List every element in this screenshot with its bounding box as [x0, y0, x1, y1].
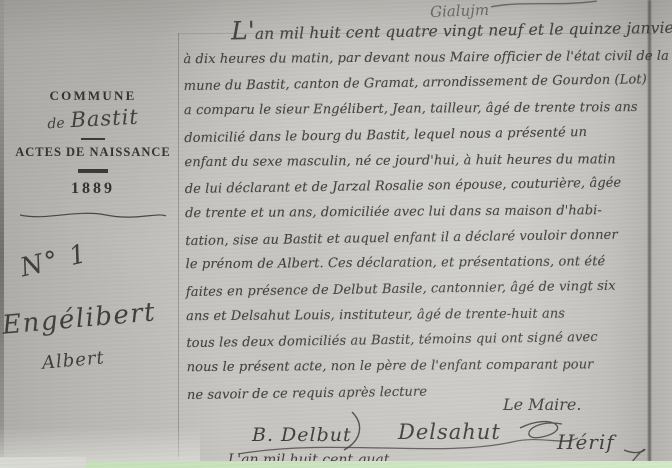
binding-edge-shadow — [0, 0, 4, 468]
signature-witness-2: Delsahut — [398, 420, 501, 444]
pencil-stroke — [489, 0, 599, 11]
child-firstname: Albert — [41, 347, 105, 373]
bottom-left-page-corner — [0, 457, 86, 468]
page-gutter-shadow — [648, 0, 651, 468]
maire-title: Le Maire. — [503, 395, 581, 414]
act-number: N° 1 — [18, 239, 92, 284]
commune-label: COMMUNE — [12, 88, 174, 104]
commune-name-row: deBastit — [11, 103, 174, 135]
commune-name: Bastit — [70, 105, 139, 133]
register-year: 1889 — [12, 180, 174, 198]
flourish-divider — [18, 207, 168, 221]
register-page-scan: COMMUNE deBastit ACTES DE NAISSANCE 1889… — [0, 0, 672, 468]
act-body: L'an mil huit cent quatre vingt neuf et … — [183, 13, 665, 408]
margin-rule-vertical — [178, 33, 179, 457]
act-line: L'an mil huit cent quatre vingt neuf et … — [183, 12, 661, 49]
signature-maire: Hérif — [557, 430, 615, 454]
bottom-light-area — [0, 427, 200, 461]
signature-witness-1: B. Delbut — [252, 424, 352, 446]
register-title: ACTES DE NAISSANCE — [12, 145, 174, 160]
next-page-green-edge — [84, 461, 672, 468]
divider-thin — [81, 138, 105, 140]
child-surname: Engélibert — [1, 297, 157, 340]
act-line: ne savoir de ce requis après lecture — [187, 376, 665, 409]
divider-thick — [78, 169, 108, 173]
commune-de: de — [47, 116, 65, 133]
margin-header: COMMUNE deBastit ACTES DE NAISSANCE 1889 — [12, 88, 174, 221]
